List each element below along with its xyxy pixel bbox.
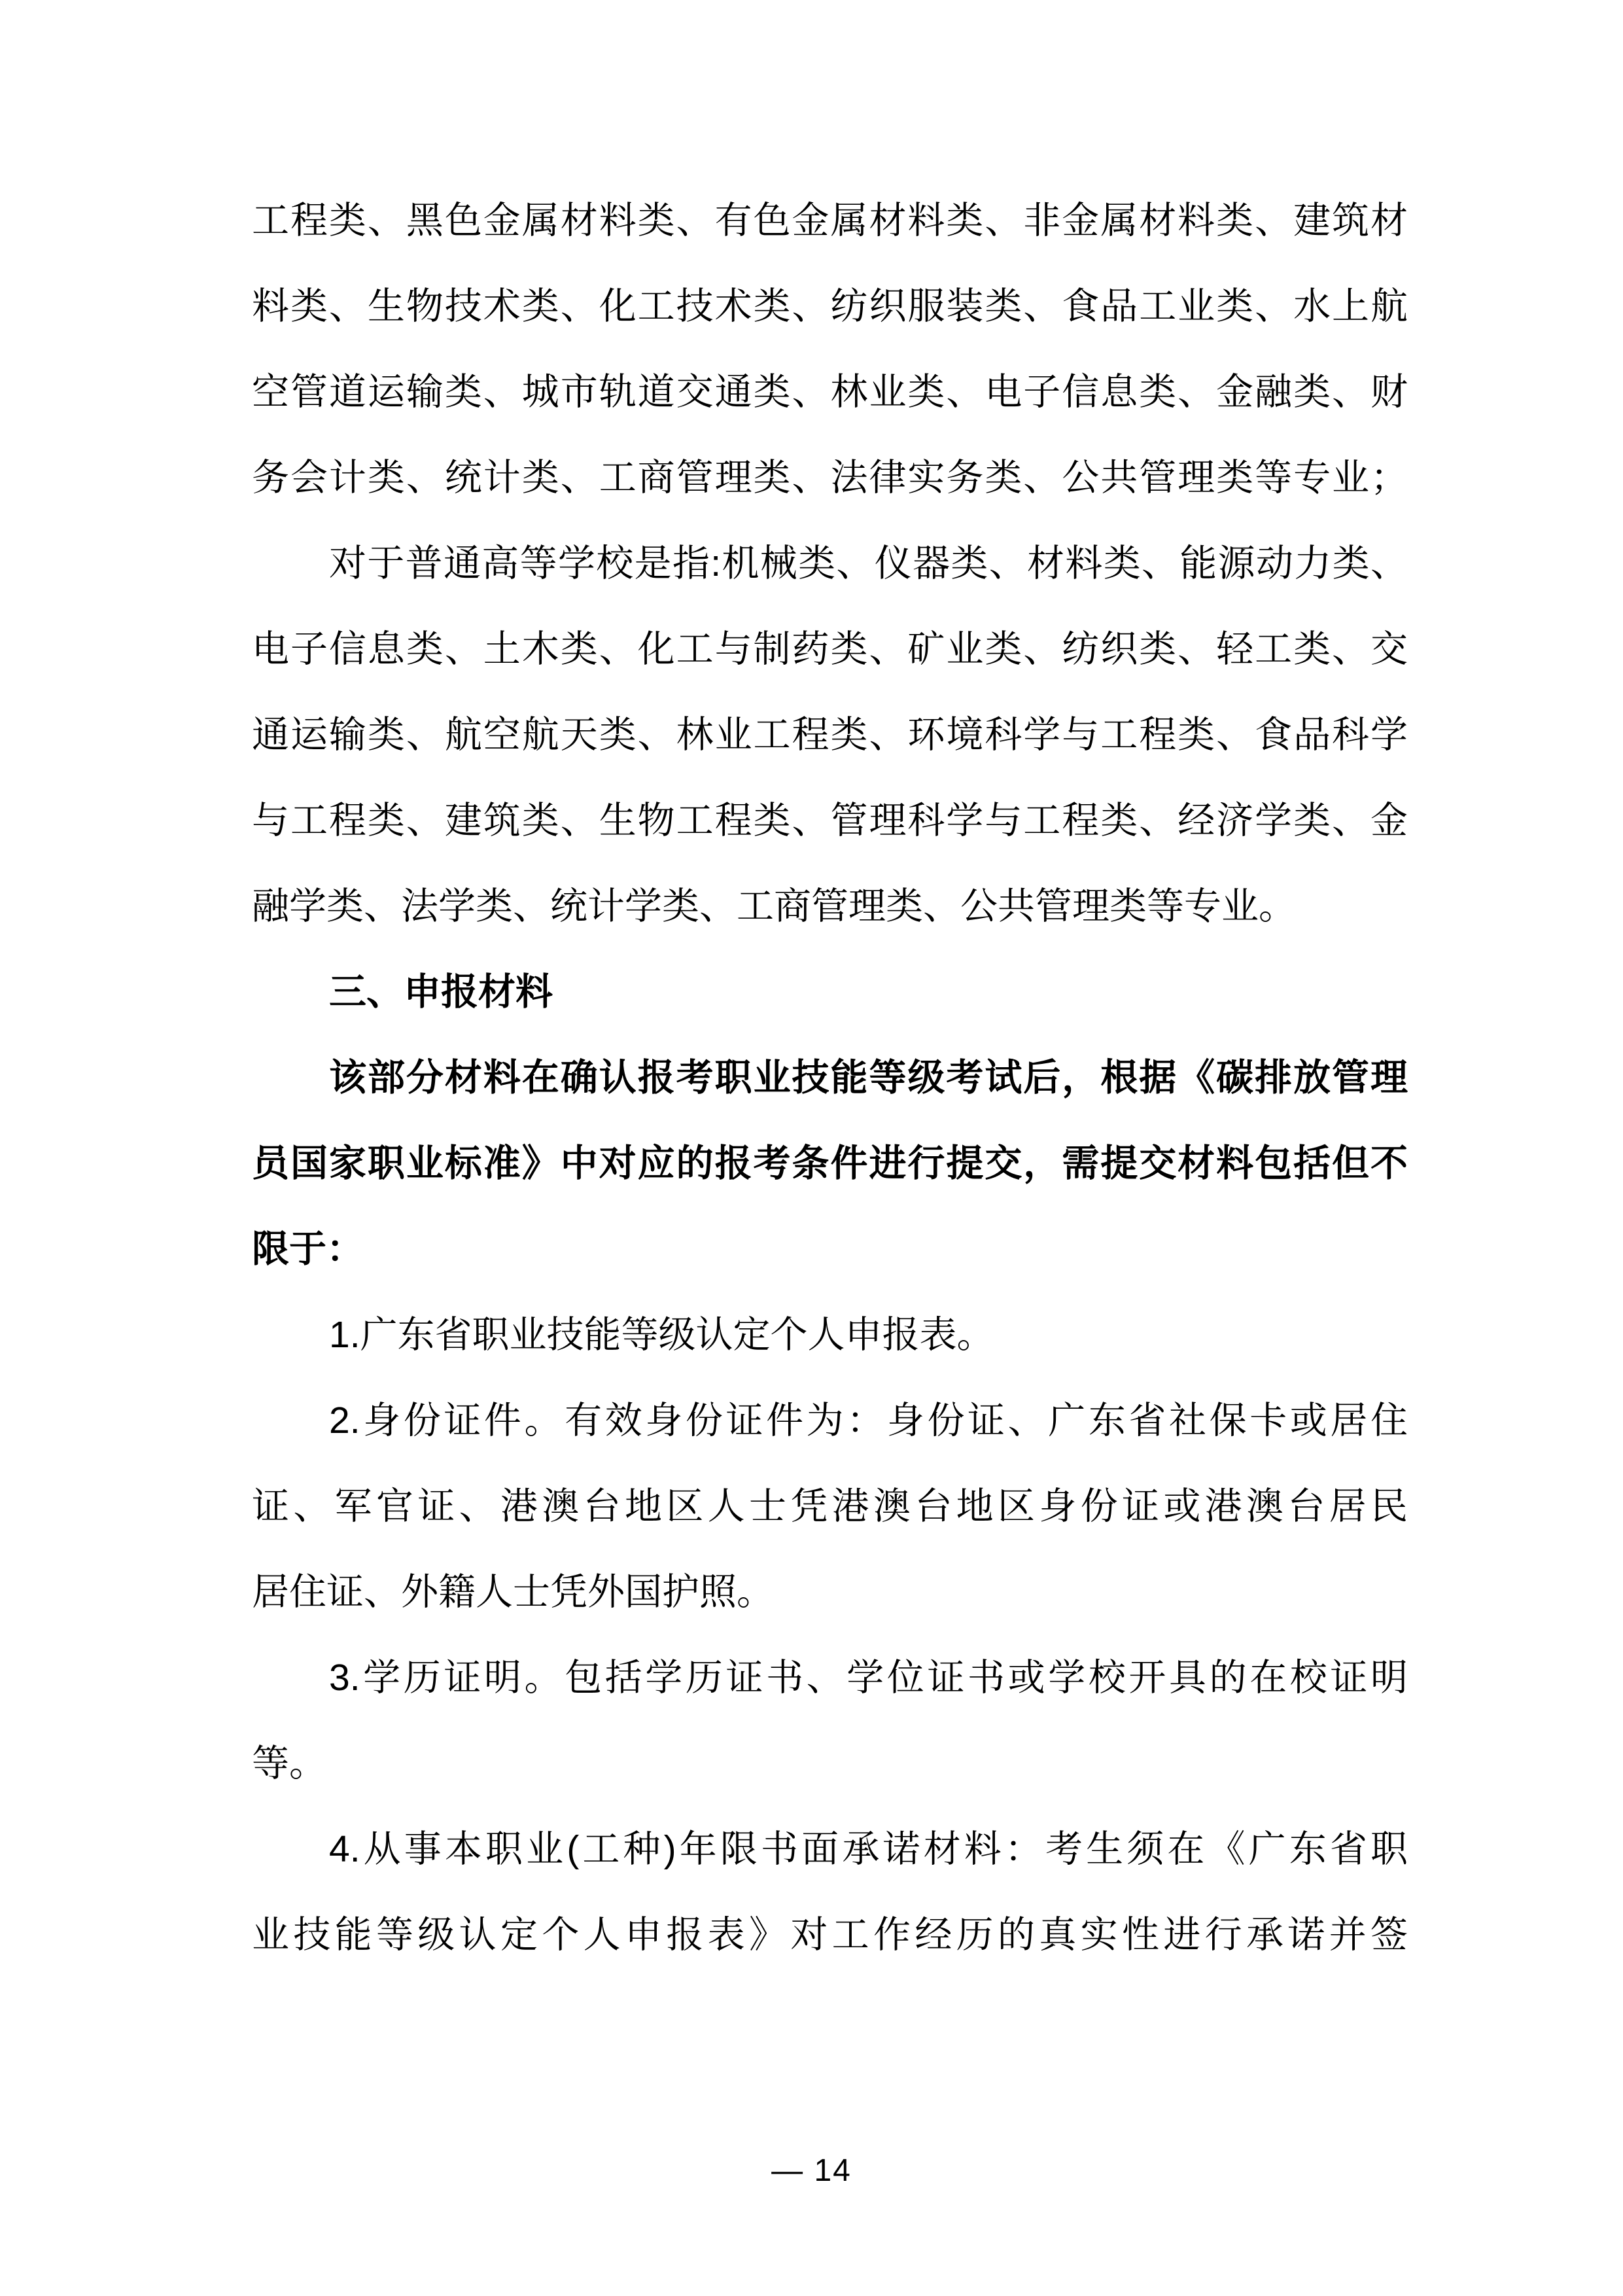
text-line: 对于普通高等学校是指:机械类、仪器类、材料类、能源动力类、 (252, 521, 1408, 607)
section-heading: 三、申报材料 (252, 949, 1408, 1035)
text-line: 空管道运输类、城市轨道交通类、林业类、电子信息类、金融类、财 (252, 349, 1408, 435)
text-line: 1.广东省职业技能等级认定个人申报表。 (252, 1292, 1408, 1378)
document-body: 工程类、黑色金属材料类、有色金属材料类、非金属材料类、建筑材料类、生物技术类、化… (252, 178, 1408, 1978)
text-line: 电子信息类、土木类、化工与制药类、矿业类、纺织类、轻工类、交 (252, 607, 1408, 692)
text-line: 证、军官证、港澳台地区人士凭港澳台地区身份证或港澳台居民 (252, 1464, 1408, 1549)
page-number: — 14 (0, 2151, 1623, 2191)
text-line: 员国家职业标准》中对应的报考条件进行提交，需提交材料包括但不 (252, 1121, 1408, 1207)
text-line: 与工程类、建筑类、生物工程类、管理科学与工程类、经济学类、金 (252, 778, 1408, 864)
text-line: 4.从事本职业(工种)年限书面承诺材料：考生须在《广东省职 (252, 1807, 1408, 1892)
text-line: 3.学历证明。包括学历证书、学位证书或学校开具的在校证明 (252, 1635, 1408, 1721)
text-line: 2.身份证件。有效身份证件为：身份证、广东省社保卡或居住 (252, 1378, 1408, 1464)
text-line: 等。 (252, 1721, 1408, 1807)
text-line: 工程类、黑色金属材料类、有色金属材料类、非金属材料类、建筑材 (252, 178, 1408, 264)
text-line: 业技能等级认定个人申报表》对工作经历的真实性进行承诺并签 (252, 1892, 1408, 1978)
text-line: 该部分材料在确认报考职业技能等级考试后，根据《碳排放管理 (252, 1035, 1408, 1121)
text-line: 通运输类、航空航天类、林业工程类、环境科学与工程类、食品科学 (252, 692, 1408, 778)
text-line: 融学类、法学类、统计学类、工商管理类、公共管理类等专业。 (252, 864, 1408, 949)
text-line: 限于： (252, 1207, 1408, 1292)
document-page: 工程类、黑色金属材料类、有色金属材料类、非金属材料类、建筑材料类、生物技术类、化… (0, 0, 1623, 2296)
text-line: 居住证、外籍人士凭外国护照。 (252, 1549, 1408, 1635)
text-line: 务会计类、统计类、工商管理类、法律实务类、公共管理类等专业； (252, 435, 1408, 521)
text-line: 料类、生物技术类、化工技术类、纺织服装类、食品工业类、水上航 (252, 264, 1408, 349)
